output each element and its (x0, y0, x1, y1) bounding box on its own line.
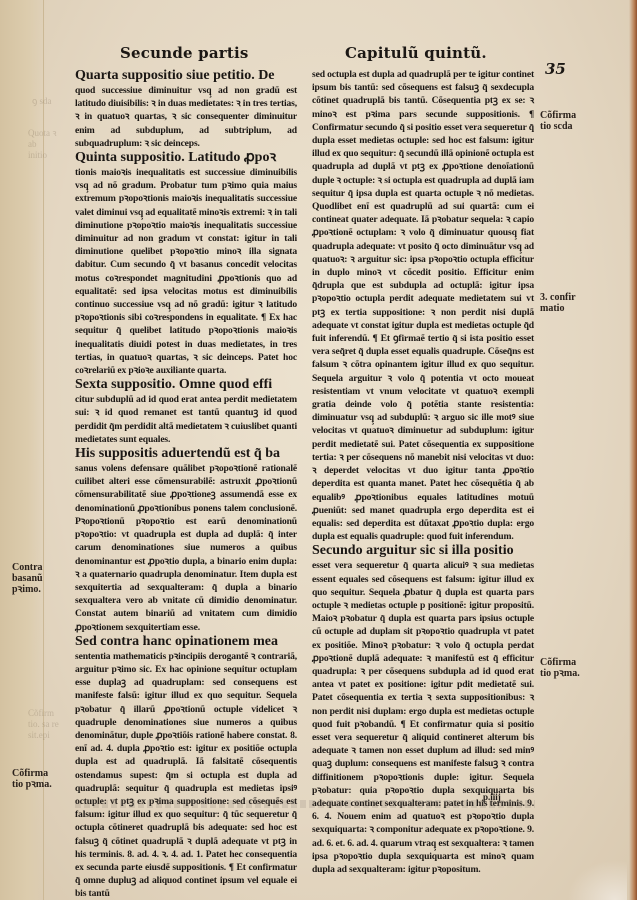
margin-note-tertia-confirmatio: 3. confir matio (540, 292, 588, 314)
section-heading: Quinta suppositio. Latitudo ꝓpoꝛ (75, 150, 297, 166)
paragraph: sententia mathematicis pꝛincipiis deroga… (75, 650, 297, 900)
section-heading: Secundo arguitur sic si illa positio (312, 543, 534, 559)
running-head-right: Capitulũ quintũ. (345, 44, 487, 62)
page-right-edge (629, 0, 637, 900)
paragraph: sed octupla est dupla ad quadruplã per t… (312, 68, 534, 543)
text-column-right: sed octupla est dupla ad quadruplã per t… (312, 68, 534, 876)
paragraph: citur subduplũ ad id quod erat antea per… (75, 393, 297, 446)
running-head-left: Secunde partis (120, 44, 249, 62)
section-heading: His suppositis aduertendũ est q̃ ba (75, 446, 297, 462)
folio-number: 35 (545, 60, 566, 78)
section-heading: Quarta suppositio siue petitio. De (75, 68, 297, 84)
margin-note-confirmatio-prima-left: Cõfirma tio pꝛma. (12, 768, 54, 790)
book-page: ꝯ sda Quota ꝛabinitio Cõfirmtio. sa resi… (0, 0, 637, 900)
show-through-text: ꝯ sda (32, 96, 52, 107)
section-heading: Sed contra hanc opinationem mea (75, 634, 297, 650)
margin-note-confirmatio-secunda: Cõfirma tio scda (540, 110, 588, 132)
margin-note-contra-basanum: Contra basanũ pꝛimo. (12, 562, 54, 595)
paragraph: tionis maioꝛis inequalitatis est success… (75, 166, 297, 377)
show-through-text: Quota ꝛabinitio (28, 128, 57, 161)
margin-note-confirmatio-prima-right: Cõfirma tio pꝛma. (540, 657, 588, 679)
paragraph: esset vera sequeretur q̃ quarta alicuiꝰ … (312, 559, 534, 876)
show-through-text: Cõfirmtio. sa resit.epi (28, 708, 59, 741)
paragraph: quod successiue diminuitur vsq̧ ad non g… (75, 84, 297, 150)
section-heading: Sexta suppositio. Omne quod effi (75, 377, 297, 393)
page-corner-wear (567, 860, 627, 900)
paragraph: sanus volens defensare quãlibet pꝛopoꝛti… (75, 462, 297, 634)
text-column-left: Quarta suppositio siue petitio. De quod … (75, 68, 297, 900)
show-through-line (75, 800, 535, 808)
